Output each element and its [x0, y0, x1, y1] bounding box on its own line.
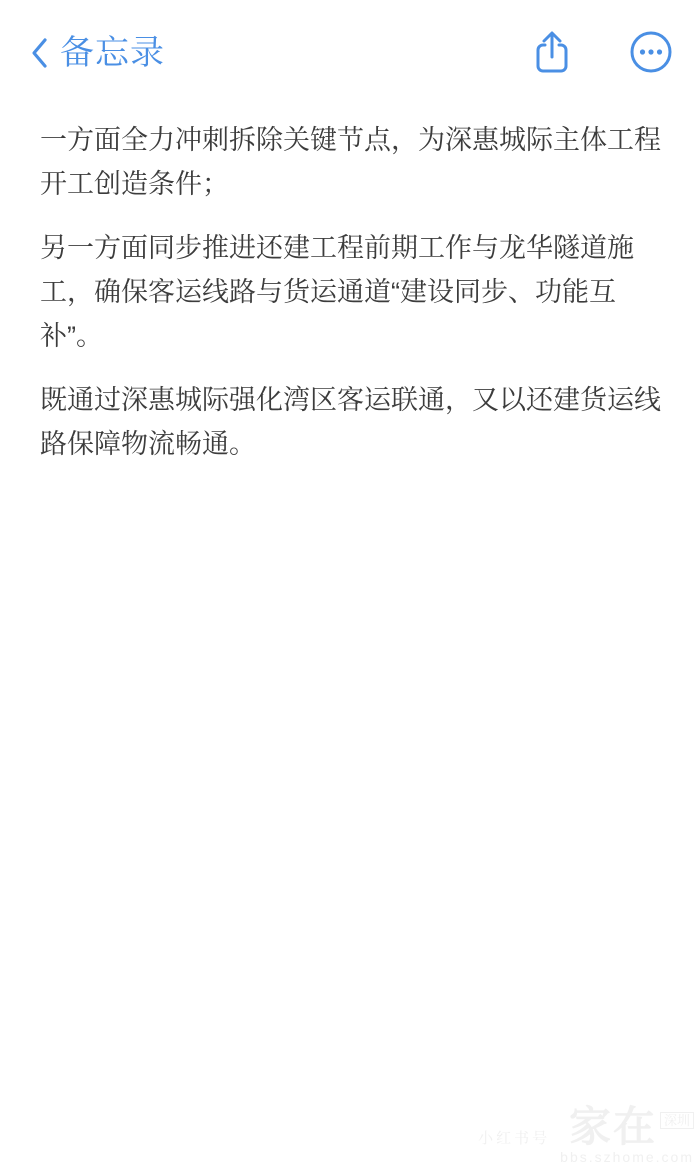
more-button[interactable] — [629, 30, 673, 77]
nav-bar: 备忘录 — [0, 0, 700, 76]
watermark: 小红书号 家在 深圳 bbs.szhome.com — [478, 1106, 694, 1164]
watermark-account-text: 小红书号 — [478, 1127, 550, 1164]
more-ellipsis-icon — [629, 30, 673, 77]
share-icon — [532, 29, 572, 78]
share-button[interactable] — [532, 29, 572, 78]
watermark-brand-block: 家在 深圳 bbs.szhome.com — [560, 1106, 694, 1164]
nav-actions — [532, 29, 673, 78]
note-paragraph-1: 一方面全力冲刺拆除关键节点，为深惠城际主体工程开工创造条件； — [40, 118, 664, 206]
note-content[interactable]: 一方面全力冲刺拆除关键节点，为深惠城际主体工程开工创造条件； 另一方面同步推进还… — [0, 76, 700, 466]
watermark-brand: 家在 — [569, 1106, 657, 1148]
notes-app-screen: 备忘录 — [0, 0, 700, 1166]
watermark-region: 深圳 — [660, 1112, 694, 1129]
watermark-site: bbs.szhome.com — [560, 1150, 694, 1164]
note-paragraph-2: 另一方面同步推进还建工程前期工作与龙华隧道施工，确保客运线路与货运通道“建设同步… — [40, 226, 664, 358]
back-button[interactable]: 备忘录 — [30, 36, 165, 70]
chevron-left-icon — [30, 37, 48, 69]
back-label: 备忘录 — [60, 36, 165, 70]
note-paragraph-3: 既通过深惠城际强化湾区客运联通，又以还建货运线路保障物流畅通。 — [40, 378, 664, 466]
